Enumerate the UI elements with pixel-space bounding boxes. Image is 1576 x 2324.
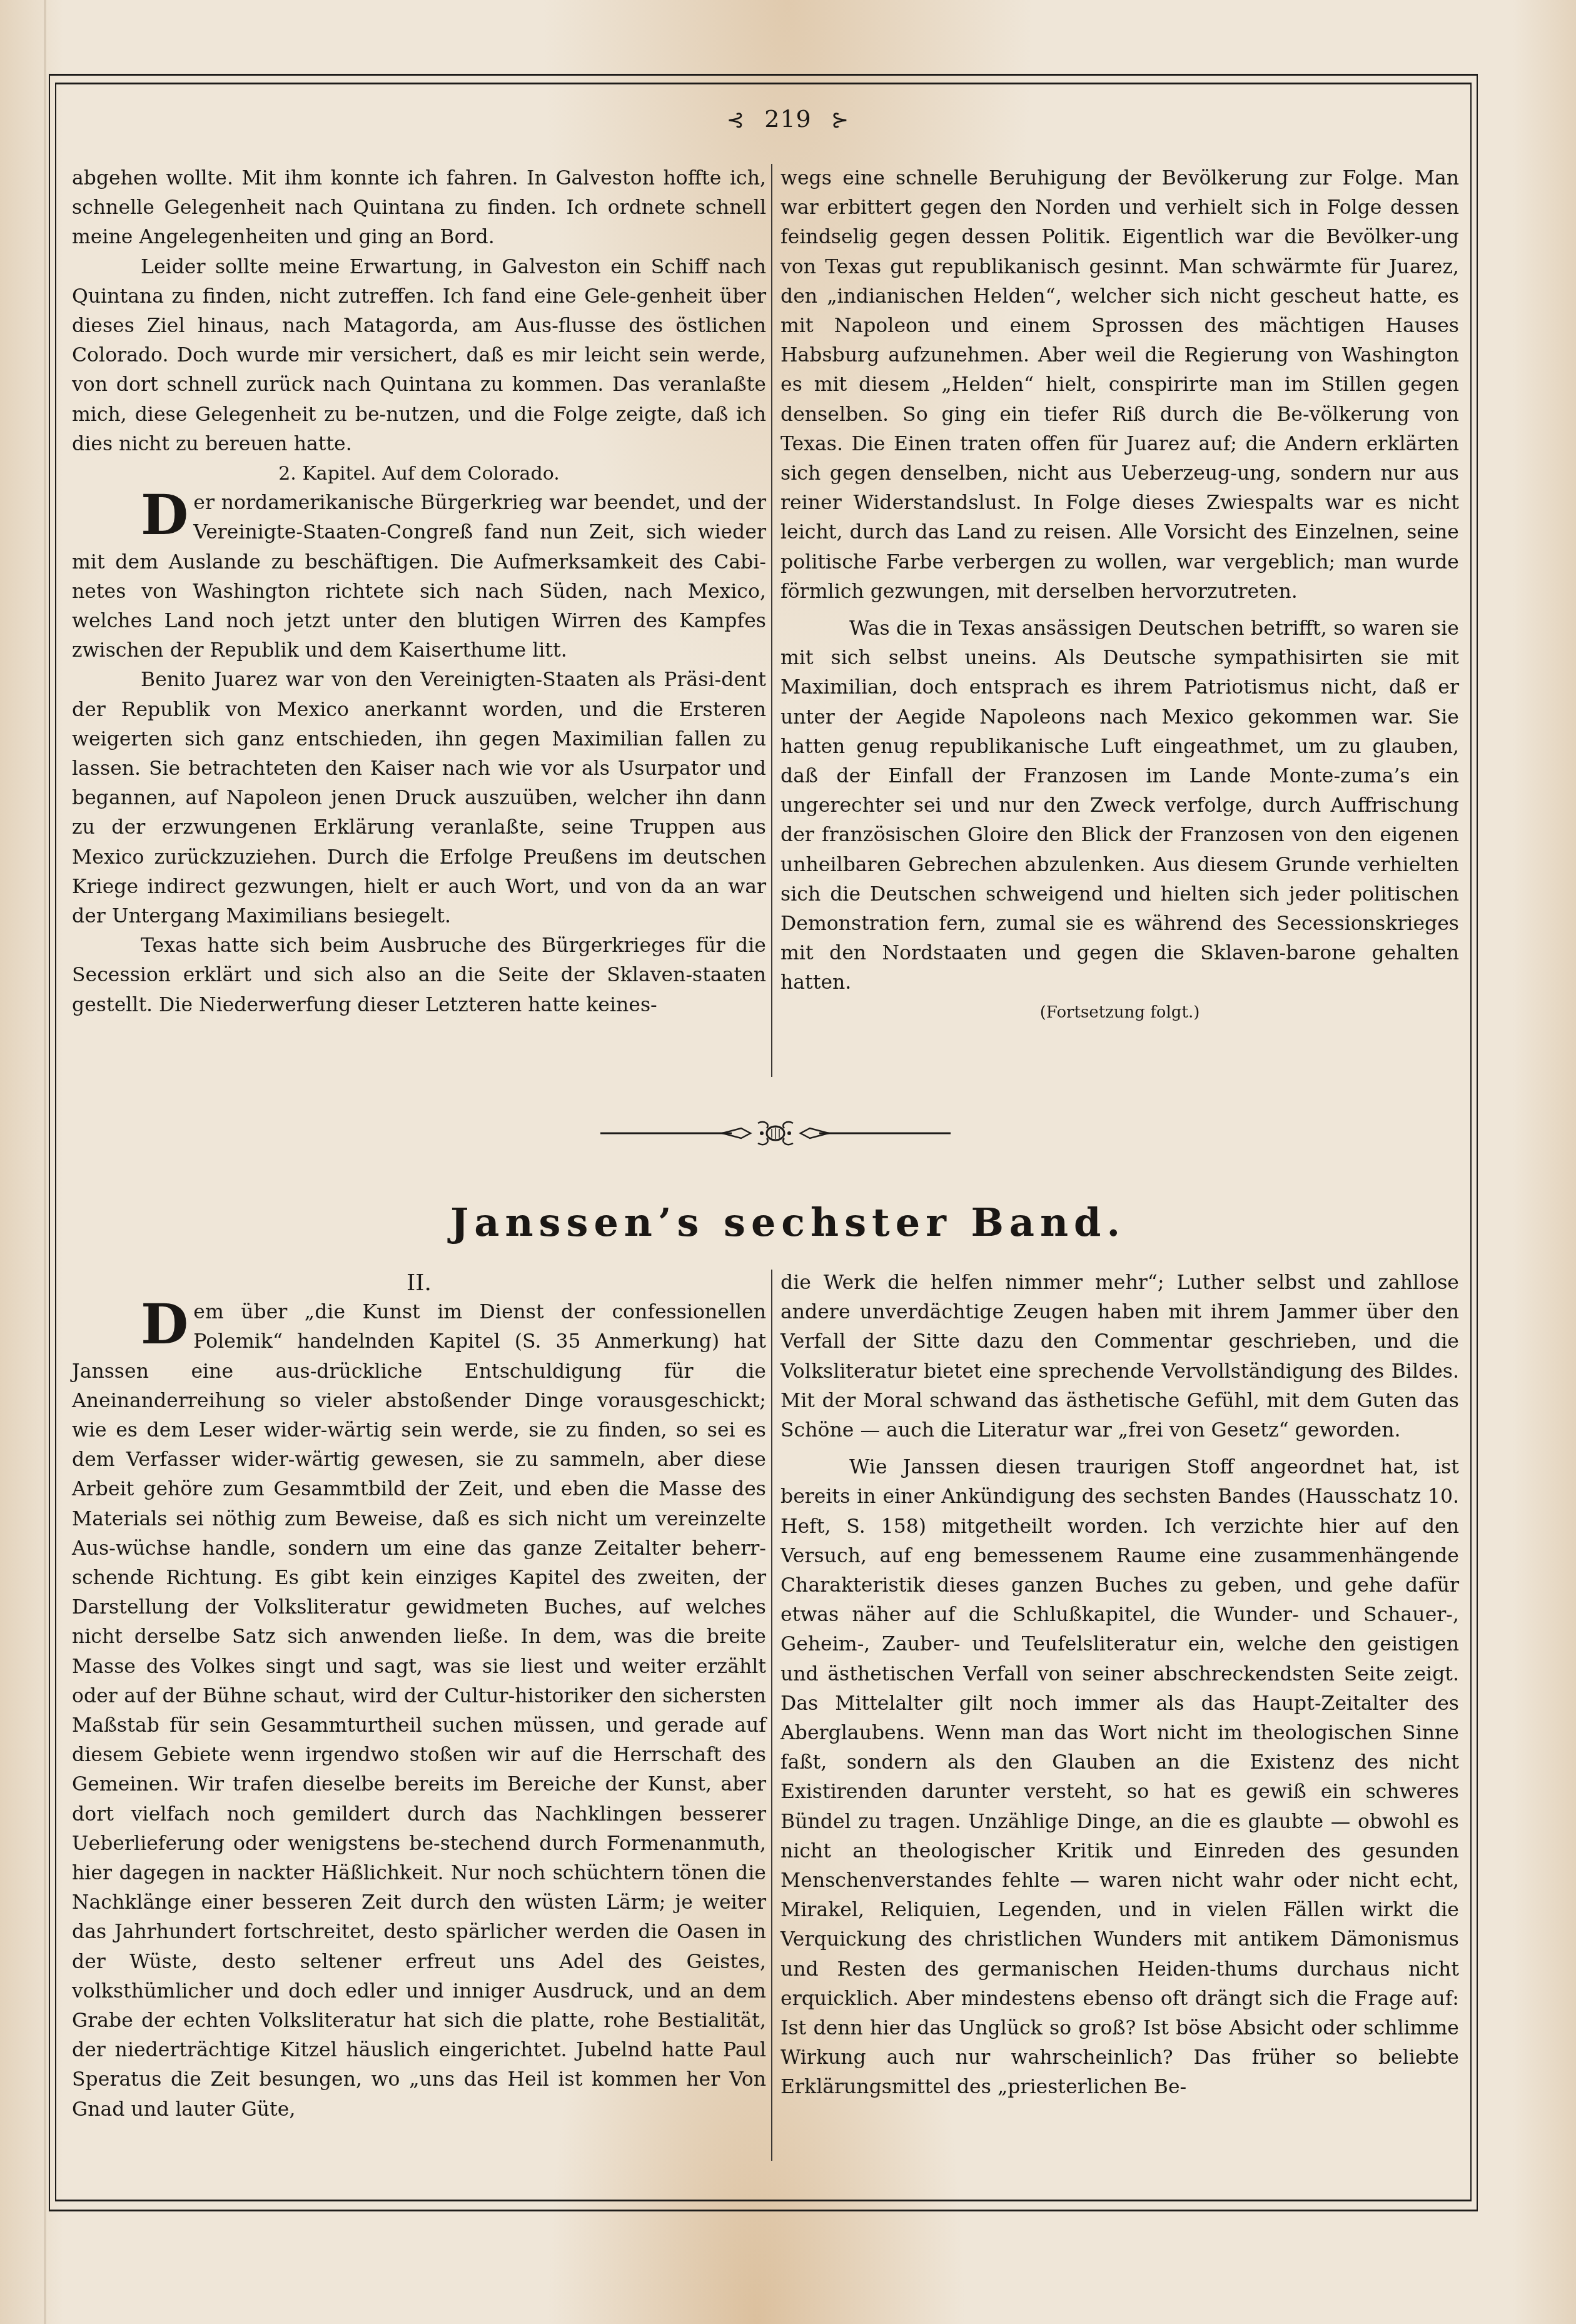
article2-left-para1: em über „die Kunst im Dienst der confess… — [72, 1298, 766, 2124]
page-spine-shadow — [44, 0, 46, 2324]
article1-left-para2: Leider sollte meine Erwartung, in Galves… — [72, 253, 766, 459]
page-number: ⊰ 219 ⊱ — [0, 105, 1576, 133]
dropcap-letter: D — [141, 491, 188, 538]
article1-left-para1: abgehen wollte. Mit ihm konnte ich fahre… — [72, 164, 766, 253]
article1-column-divider — [771, 164, 772, 1077]
article2-title: Janssen’s sechster Band. — [0, 1200, 1576, 1245]
article1-left-para5: Texas hatte sich beim Ausbruche des Bürg… — [72, 931, 766, 1020]
article1-right-para1: wegs eine schnelle Beruhigung der Bevölk… — [780, 164, 1459, 607]
page-number-value: 219 — [764, 105, 812, 133]
article2-right-para1: die Werk die helfen nimmer mehr“; Luther… — [780, 1268, 1459, 1445]
article2-column-divider — [771, 1270, 772, 2161]
article1-right-column: wegs eine schnelle Beruhigung der Bevölk… — [780, 164, 1459, 1028]
article2-left-column: II. D em über „die Kunst im Dienst der c… — [72, 1268, 766, 2124]
continuation-note: (Fortsetzung folgt.) — [780, 998, 1459, 1028]
article1-right-para2: Was die in Texas ansässigen Deutschen be… — [780, 614, 1459, 998]
article1-left-para4: Benito Juarez war von den Vereinigten-St… — [72, 665, 766, 931]
article1-left-column: abgehen wollte. Mit ihm konnte ich fahre… — [72, 164, 766, 1020]
article2-right-column: die Werk die helfen nimmer mehr“; Luther… — [780, 1268, 1459, 2103]
page-number-ornament-right-icon: ⊱ — [831, 108, 850, 133]
page-number-ornament-left-icon: ⊰ — [727, 108, 745, 133]
dropcap-letter: D — [141, 1300, 188, 1348]
article2-opening: D em über „die Kunst im Dienst der confe… — [72, 1298, 766, 2124]
section-separator-ornament-icon — [600, 1119, 951, 1147]
article2-right-para2: Wie Janssen diesen traurigen Stoff angeo… — [780, 1453, 1459, 2102]
article1-chapter-opening: D er nordamerikanische Bürgerkrieg war b… — [72, 488, 766, 665]
